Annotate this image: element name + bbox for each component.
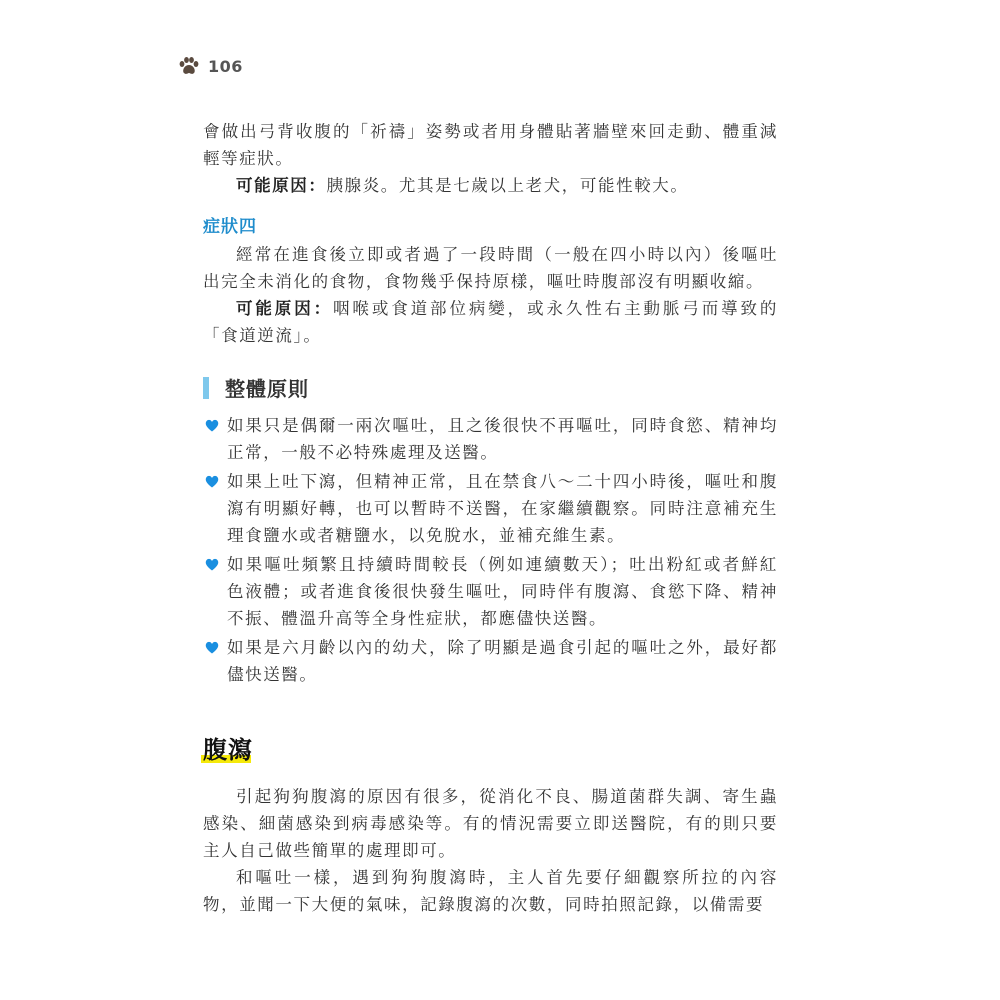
list-item-text: 如果上吐下瀉，但精神正常，且在禁食八～二十四小時後，嘔吐和腹瀉有明顯好轉，也可以… xyxy=(227,472,778,545)
page-content: 會做出弓背收腹的「祈禱」姿勢或者用身體貼著牆壁來回走動、體重減輕等症狀。 可能原… xyxy=(203,118,778,918)
section-title: 整體原則 xyxy=(203,373,778,402)
section-bar xyxy=(203,377,209,399)
symptom-heading: 症狀四 xyxy=(203,212,778,237)
principles-list: 如果只是偶爾一兩次嘔吐，且之後很快不再嘔吐，同時食慾、精神均正常，一般不必特殊處… xyxy=(203,412,778,688)
heart-bullet-icon xyxy=(205,419,219,432)
list-item: 如果是六月齡以內的幼犬，除了明顯是過食引起的嘔吐之外，最好都儘快送醫。 xyxy=(203,634,778,688)
list-item: 如果只是偶爾一兩次嘔吐，且之後很快不再嘔吐，同時食慾、精神均正常，一般不必特殊處… xyxy=(203,412,778,466)
heart-bullet-icon xyxy=(205,475,219,488)
paw-icon xyxy=(178,56,200,76)
continuation-cause: 可能原因：胰腺炎。尤其是七歲以上老犬，可能性較大。 xyxy=(203,172,778,199)
diarrhea-paragraph: 引起狗狗腹瀉的原因有很多，從消化不良、腸道菌群失調、寄生蟲感染、細菌感染到病毒感… xyxy=(203,783,778,864)
page-number: 106 xyxy=(208,57,243,76)
heart-bullet-icon xyxy=(205,641,219,654)
symptom-paragraph: 經常在進食後立即或者過了一段時間（一般在四小時以內）後嘔吐出完全未消化的食物，食… xyxy=(203,241,778,295)
chapter-title-text: 腹瀉 xyxy=(203,735,253,764)
heart-bullet-icon xyxy=(205,558,219,571)
section-title-text: 整體原則 xyxy=(225,373,309,402)
cause-label: 可能原因： xyxy=(236,299,333,318)
chapter-title: 腹瀉 xyxy=(203,730,253,765)
list-item-text: 如果只是偶爾一兩次嘔吐，且之後很快不再嘔吐，同時食慾、精神均正常，一般不必特殊處… xyxy=(227,416,778,462)
list-item-text: 如果是六月齡以內的幼犬，除了明顯是過食引起的嘔吐之外，最好都儘快送醫。 xyxy=(227,638,778,684)
cause-text: 胰腺炎。尤其是七歲以上老犬，可能性較大。 xyxy=(327,176,689,195)
list-item: 如果上吐下瀉，但精神正常，且在禁食八～二十四小時後，嘔吐和腹瀉有明顯好轉，也可以… xyxy=(203,468,778,549)
cause-label: 可能原因： xyxy=(236,176,327,195)
diarrhea-paragraph: 和嘔吐一樣，遇到狗狗腹瀉時，主人首先要仔細觀察所拉的內容物，並聞一下大便的氣味，… xyxy=(203,864,778,918)
list-item-text: 如果嘔吐頻繁且持續時間較長（例如連續數天）；吐出粉紅或者鮮紅色液體；或者進食後很… xyxy=(227,555,778,628)
continuation-paragraph: 會做出弓背收腹的「祈禱」姿勢或者用身體貼著牆壁來回走動、體重減輕等症狀。 xyxy=(203,118,778,172)
symptom-cause: 可能原因：咽喉或食道部位病變，或永久性右主動脈弓而導致的「食道逆流」。 xyxy=(203,295,778,349)
list-item: 如果嘔吐頻繁且持續時間較長（例如連續數天）；吐出粉紅或者鮮紅色液體；或者進食後很… xyxy=(203,551,778,632)
page-header: 106 xyxy=(178,56,243,76)
